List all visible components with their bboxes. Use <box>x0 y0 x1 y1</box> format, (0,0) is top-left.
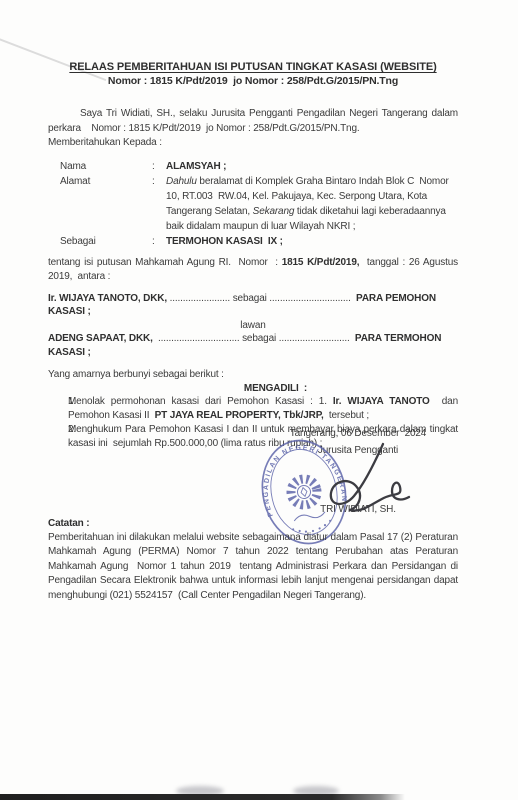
alamat-label: Alamat <box>48 174 152 234</box>
item-1-pre: Menolak permohonan kasasi dari Pemohon K… <box>68 396 333 407</box>
decision-intro-pre: tentang isi putusan Mahkamah Agung RI. N… <box>48 257 282 268</box>
item-1-number: 1. <box>48 395 68 423</box>
handwritten-signature <box>303 440 439 518</box>
sebagai-value: TERMOHON KASASI IX ; <box>162 234 458 249</box>
nama-label: Nama <box>48 159 152 174</box>
parties-block: Ir. WIJAYA TANOTO, DKK, ................… <box>48 292 458 360</box>
document-content: RELAAS PEMBERITAHUAN ISI PUTUSAN TINGKAT… <box>48 60 458 451</box>
ruling-item-1: 1. Menolak permohonan kasasi dari Pemoho… <box>48 395 458 423</box>
alamat-sekarang: Sekarang <box>253 206 295 217</box>
pemohon-name: Ir. WIJAYA TANOTO, DKK, <box>48 293 167 304</box>
alamat-value: Dahulu beralamat di Komplek Graha Bintar… <box>162 174 458 234</box>
recipient-info: Nama : ALAMSYAH ; Alamat : Dahulu berala… <box>48 159 458 249</box>
item-1-name: Ir. WIJAYA TANOTO <box>333 396 430 407</box>
termohon-name: ADENG SAPAAT, DKK, <box>48 333 153 344</box>
party-line-pemohon: Ir. WIJAYA TANOTO, DKK, ................… <box>48 292 458 319</box>
footer-note: Catatan : Pemberitahuan ini dilakukan me… <box>48 517 458 603</box>
party-line-termohon: ADENG SAPAAT, DKK, .....................… <box>48 332 458 359</box>
decision-number: 1815 K/Pdt/2019, <box>282 257 360 268</box>
decision-intro: tentang isi putusan Mahkamah Agung RI. N… <box>48 256 458 285</box>
document-title: RELAAS PEMBERITAHUAN ISI PUTUSAN TINGKAT… <box>48 60 458 74</box>
notify-line: Memberitahukan Kepada : <box>48 136 458 151</box>
alamat-dahulu: Dahulu <box>166 176 197 187</box>
scan-bottom-edge <box>0 794 405 800</box>
pemohon-dots: ....................... sebagai ........… <box>167 293 353 304</box>
document-subtitle: Nomor : 1815 K/Pdt/2019 jo Nomor : 258/P… <box>48 75 458 88</box>
colon: : <box>152 234 162 249</box>
colon: : <box>152 159 162 174</box>
versus-line: lawan <box>48 319 458 333</box>
intro-paragraph: Saya Tri Widiati, SH., selaku Jurusita P… <box>48 107 458 136</box>
item-1-post: tersebut ; <box>324 410 369 421</box>
item-2-number: 2. <box>48 423 68 451</box>
amar-lead: Yang amarnya berbunyi sebagai berikut : <box>48 368 458 382</box>
footer-label: Catatan : <box>48 517 458 531</box>
colon: : <box>152 174 162 234</box>
nama-value: ALAMSYAH ; <box>162 159 458 174</box>
mengadili-heading: MENGADILI : <box>48 382 458 396</box>
sebagai-label: Sebagai <box>48 234 152 249</box>
item-1-text: Menolak permohonan kasasi dari Pemohon K… <box>68 395 458 423</box>
document-page: RELAAS PEMBERITAHUAN ISI PUTUSAN TINGKAT… <box>0 0 518 800</box>
item-1-company: PT JAYA REAL PROPERTY, Tbk/JRP, <box>155 410 324 421</box>
termohon-dots: ............................... sebagai … <box>153 333 353 344</box>
footer-body: Pemberitahuan ini dilakukan melalui webs… <box>48 531 458 604</box>
